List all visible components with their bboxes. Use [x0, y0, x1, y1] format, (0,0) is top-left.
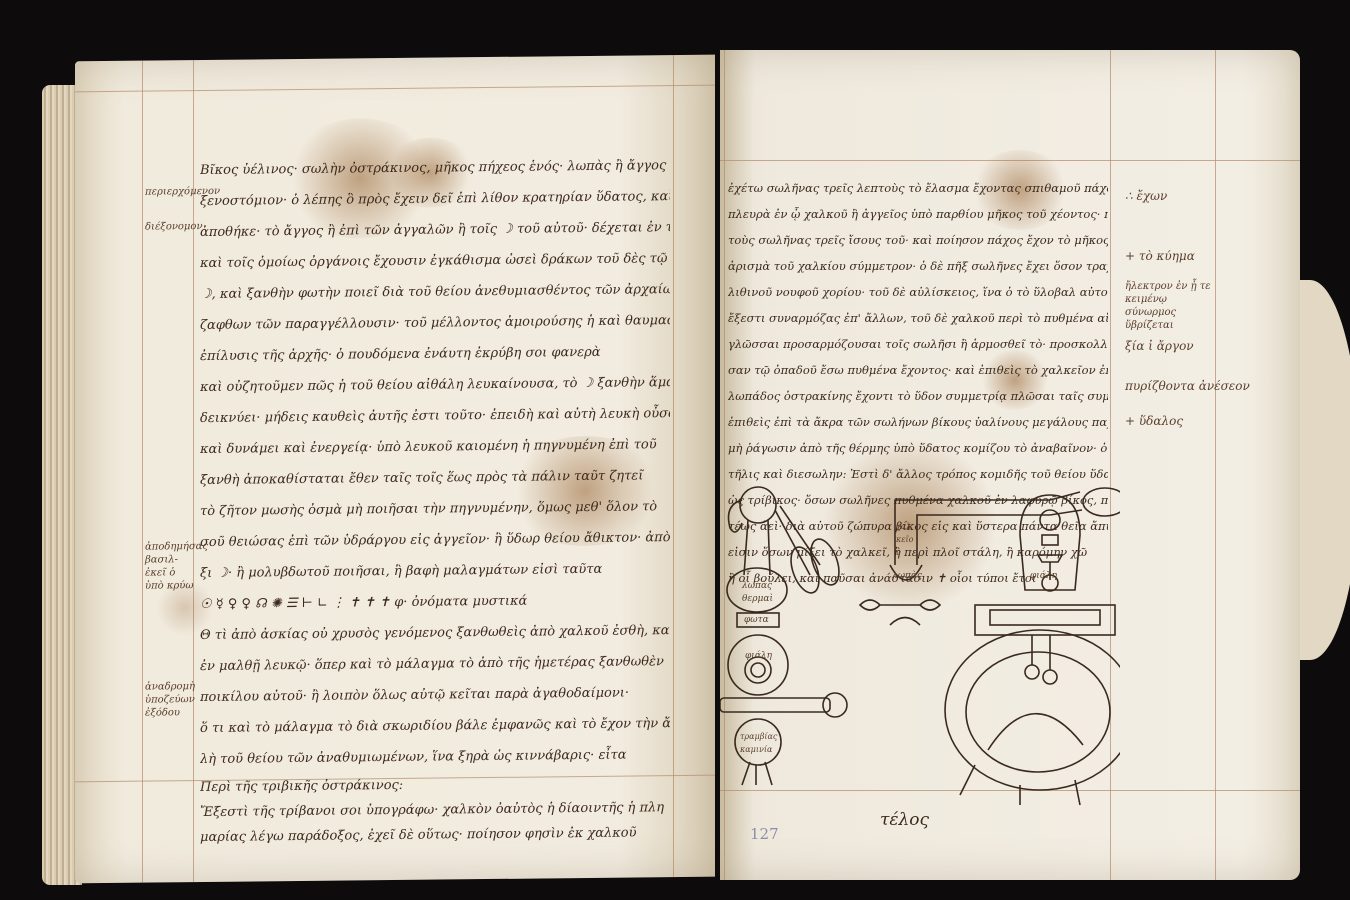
text-line: λιθινοῦ νουφοῦ χορίου· τοῦ δὲ αὐλίσκειος…	[728, 279, 1108, 305]
margin-rule	[142, 61, 143, 883]
margin-note: + ὕδαλος	[1125, 415, 1215, 428]
text-line: τὸ ζῆτον μωσὴς ὀσμὰ μὴ ποιῆσαι τὴν πηγνυ…	[200, 491, 670, 527]
text-line: καὶ οὐζητοῦμεν πῶς ἡ τοῦ θείου αἰθάλη λε…	[200, 367, 670, 403]
diagram-label: τραμβίας καμινία	[740, 730, 790, 756]
open-manuscript-book: Βῖκος ὑέλινος· σωλὴν ὀστράκινος, μῆκος π…	[20, 30, 1330, 880]
text-line: ξι ☽· ἢ μολυβδωτοῦ ποιῆσαι, ἢ βαφὴ μαλαγ…	[200, 553, 670, 589]
margin-note: ξία ἰ ἄργον	[1125, 340, 1215, 353]
text-line: σαν τῷ ὀπαδοῦ ἔσω πυθμένα ἔχοντος· καὶ ἐ…	[728, 357, 1108, 383]
top-rule	[75, 85, 715, 93]
margin-note: + τὸ κύημα	[1125, 250, 1215, 263]
diagram-label: λωπὰς θερμαὶ	[742, 580, 802, 606]
text-line: καὶ τοῖς ὁμοίως ὀργάνοις ἔχουσιν ἐγκάθισ…	[200, 243, 670, 279]
left-page: Βῖκος ὑέλινος· σωλὴν ὀστράκινος, μῆκος π…	[75, 55, 715, 884]
text-line: ἐπίλυσις τῆς ἀρχῆς· ὁ πουδόμενα ἐνάυτη ἐ…	[200, 336, 670, 372]
alchemical-symbols-line: ☉ ☿ ♀ ♀ ☊ ✺ ☰ ⊢ ∟ ⋮ ✝ ✝ ✝ φ· ὀνόματα μυσ…	[200, 584, 670, 620]
text-line: σοῦ θειώσας ἐπὶ τῶν ὑδράργου εἰς ἀγγεῖον…	[200, 522, 670, 558]
text-line: ἐπιθεὶς ἐπὶ τὰ ἄκρα τῶν σωλήνων βίκους ὑ…	[728, 409, 1108, 435]
text-line: δεικνύει· μήδεις καυθεὶς ἀυτῆς ἐστι τοῦτ…	[200, 398, 670, 434]
text-line: ξενοστόμιον· ὁ λέπης ὃ πρὸς ἔχειν δεῖ ἐπ…	[200, 181, 670, 217]
text-line: λὴ τοῦ θείου τῶν ἀναθυμιωμένων, ἵνα ξηρὰ…	[200, 739, 670, 775]
text-line: τοὺς σωλῆνας τρεῖς ἴσους τοῦ· καὶ ποίησο…	[728, 227, 1108, 253]
margin-note: διέξονομον	[145, 220, 195, 234]
margin-note: πυρίζθοντα ἀνέσεον	[1125, 380, 1295, 393]
left-page-text-bottom: Περὶ τῆς τριβικῆς ὀστράκινος: Ἔξεστὶ τῆς…	[200, 770, 670, 850]
alchemical-apparatus-diagram	[720, 480, 1120, 810]
text-line: πλευρὰ ἐν ᾧ χαλκοῦ ἢ ἀγγεῖος ὑπὸ παρθίου…	[728, 201, 1108, 227]
text-line: ἀρισμὰ τοῦ χαλκίου σύμμετρον· ὁ δὲ πῆξ σ…	[728, 253, 1108, 279]
ending-word: τέλος	[880, 810, 929, 830]
margin-rule	[1215, 50, 1216, 880]
margin-rule	[673, 55, 674, 877]
left-page-text: Βῖκος ὑέλινος· σωλὴν ὀστράκινος, μῆκος π…	[200, 150, 670, 775]
margin-note: ∴ ἔχων	[1125, 190, 1215, 203]
margin-note: περιερχόμενον	[145, 185, 195, 199]
text-line: ζαφθων τῶν παραγγέλλουσιν· τοῦ μέλλοντος…	[200, 305, 670, 341]
text-line: ὅ τι καὶ τὸ μάλαγμα τὸ διὰ σκωριδίου βάλ…	[200, 708, 670, 744]
text-line: μὴ ῥάγωσιν ἀπὸ τῆς θέρμης ὑπὸ ὕδατος κομ…	[728, 435, 1108, 461]
margin-note: ἀποδημήσας βασιλ- ἐκεῖ ὁ ὑπὸ κρύω	[145, 540, 195, 593]
text-line: ἐχέτω σωλῆνας τρεῖς λεπτοὺς τὸ ἔλασμα ἔχ…	[728, 175, 1108, 201]
text-line: ἀποθήκε· τὸ ἄγγος ἢ ἐπὶ τῶν ἀγγαλῶν ἢ το…	[200, 212, 670, 248]
text-line: ἐν μαλθῇ λευκῷ· ὅπερ καὶ τὸ μάλαγμα τὸ ἀ…	[200, 646, 670, 682]
text-line: λωπάδος ὀστρακίνης ἔχοντι τὸ ὕδον συμμετ…	[728, 383, 1108, 409]
text-line: ποικίλου αὐτοῦ· ἢ λοιπὸν ὅλως αὐτῷ κεῖτα…	[200, 677, 670, 713]
text-line: ἔξεστι συναρμόζας ἐπ' ἄλλων, τοῦ δὲ χαλκ…	[728, 305, 1108, 331]
folio-number: 127	[750, 825, 779, 843]
text-line: ξανθὴ ἀποκαθίσταται ἔθεν ταῖς τοῖς ἕως π…	[200, 460, 670, 496]
text-line: ☽, καὶ ξανθὴν φωτὴν ποιεῖ διὰ τοῦ θείου …	[200, 274, 670, 310]
text-line: Θ τὶ ἀπὸ ἀσκίας οὐ χρυσὸς γενόμενος ξανθ…	[200, 615, 670, 651]
margin-rule	[193, 60, 194, 882]
diagram-label: χαλκεῖον	[896, 520, 916, 559]
diagram-label: φιάλη	[745, 650, 785, 663]
margin-note: ἀναδρομὴ ὑποζεύων ἐξόδου	[145, 680, 195, 720]
diagram-label: λωπὰς	[892, 570, 922, 583]
margin-note: ἤλεκτρον ἐν ᾗ τε κειμένῳ σύνωρμος ὕβρίζε…	[1125, 280, 1215, 332]
text-line: καὶ δυνάμει καὶ ἐνεργείᾳ· ὑπὸ λευκοῦ και…	[200, 429, 670, 465]
text-line: Βῖκος ὑέλινος· σωλὴν ὀστράκινος, μῆκος π…	[200, 150, 670, 186]
text-line: γλῶσσαι προσαρμόζουσαι τοῖς σωλῆσι ἢ ἁρμ…	[728, 331, 1108, 357]
diagram-label: φωτα	[744, 614, 784, 627]
text-line: μαρίας λέγω παράδοξος, ἐχεῖ δὲ οὕτως· πο…	[200, 820, 670, 850]
right-page: ἐχέτω σωλῆνας τρεῖς λεπτοὺς τὸ ἔλασμα ἔχ…	[720, 50, 1300, 880]
diagram-label: φιάλη	[1030, 570, 1070, 583]
